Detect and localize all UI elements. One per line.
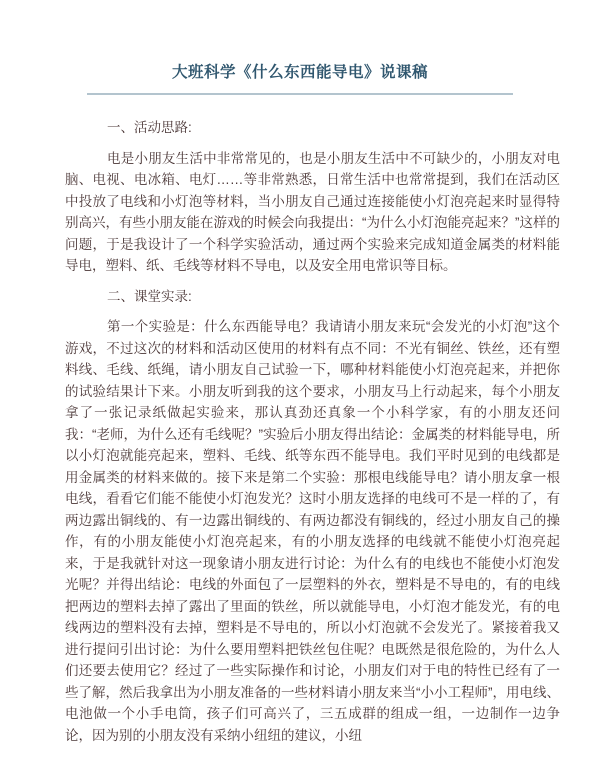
page-title: 大班科学《什么东西能导电》说课稿 bbox=[87, 62, 513, 84]
title-block: 大班科学《什么东西能导电》说课稿 bbox=[87, 62, 513, 95]
section-heading: 一、活动思路: bbox=[65, 117, 560, 139]
section-classroom-record: 二、课堂实录: 第一个实验是：什么东西能导电？我请请小朋友来玩“会发光的小灯泡”… bbox=[65, 286, 560, 747]
section-heading: 二、课堂实录: bbox=[65, 286, 560, 308]
section-activity-ideas: 一、活动思路: 电是小朋友生活中非常常见的，也是小朋友生活中不可缺少的，小朋友对… bbox=[65, 117, 560, 277]
section-paragraph: 第一个实验是：什么东西能导电？我请请小朋友来玩“会发光的小灯泡”这个游戏，不过这… bbox=[65, 316, 560, 746]
document-page: 大班科学《什么东西能导电》说课稿 一、活动思路: 电是小朋友生活中非常常见的，也… bbox=[0, 0, 600, 776]
section-paragraph: 电是小朋友生活中非常常见的，也是小朋友生活中不可缺少的，小朋友对电脑、电视、电冰… bbox=[65, 148, 560, 277]
document-body: 一、活动思路: 电是小朋友生活中非常常见的，也是小朋友生活中不可缺少的，小朋友对… bbox=[65, 117, 560, 746]
